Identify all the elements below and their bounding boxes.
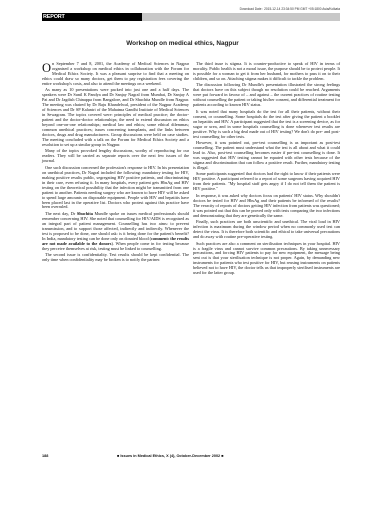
paragraph: One such discussion concerned the profes… [42, 166, 189, 211]
left-column: On September 7 and 8, 2001, the Academy … [42, 62, 189, 265]
paragraph: The next day, Dr Shuchita Mundle spoke o… [42, 212, 189, 252]
paragraph: The second issue is confidentiality. Tes… [42, 253, 189, 263]
drop-cap: O [42, 63, 51, 73]
paragraph: However, it was pointed out, pre-test co… [193, 141, 340, 171]
right-column: The third issue is stigma. It is counter… [193, 62, 340, 278]
paragraph: It was noted that many hospitals do the … [193, 110, 340, 140]
paragraph: In response, it was asked why doctors fo… [193, 194, 340, 219]
paragraph: As many as 10 presentations were packed … [42, 88, 189, 147]
paragraph-text: n September 7 and 8, 2001, the Academy o… [42, 61, 189, 86]
paragraph: Many of the topics provoked lengthy disc… [42, 149, 189, 164]
paragraph: The third issue is stigma. It is counter… [193, 62, 340, 82]
page-number: 188 [42, 454, 48, 458]
section-label: REPORT [42, 13, 142, 21]
paragraph: Some participants suggested that doctors… [193, 172, 340, 192]
download-date-stamp: Download Date : 2015-12-14 23:34:50 PM G… [200, 7, 340, 11]
article-title: Workshop on medical ethics, Nagpur [0, 40, 365, 47]
paragraph: The discussion following Dr Mundle's pre… [193, 83, 340, 108]
paragraph: Such practices are also a comment on ste… [193, 242, 340, 277]
paragraph: Finally, such practices are both unscien… [193, 220, 340, 240]
section-bar-fill [142, 13, 340, 21]
section-header-bar: REPORT [42, 13, 340, 21]
paragraph: On September 7 and 8, 2001, the Academy … [42, 62, 189, 87]
journal-citation: ■ Issues in Medical Ethics, X (4), Octob… [117, 454, 224, 458]
